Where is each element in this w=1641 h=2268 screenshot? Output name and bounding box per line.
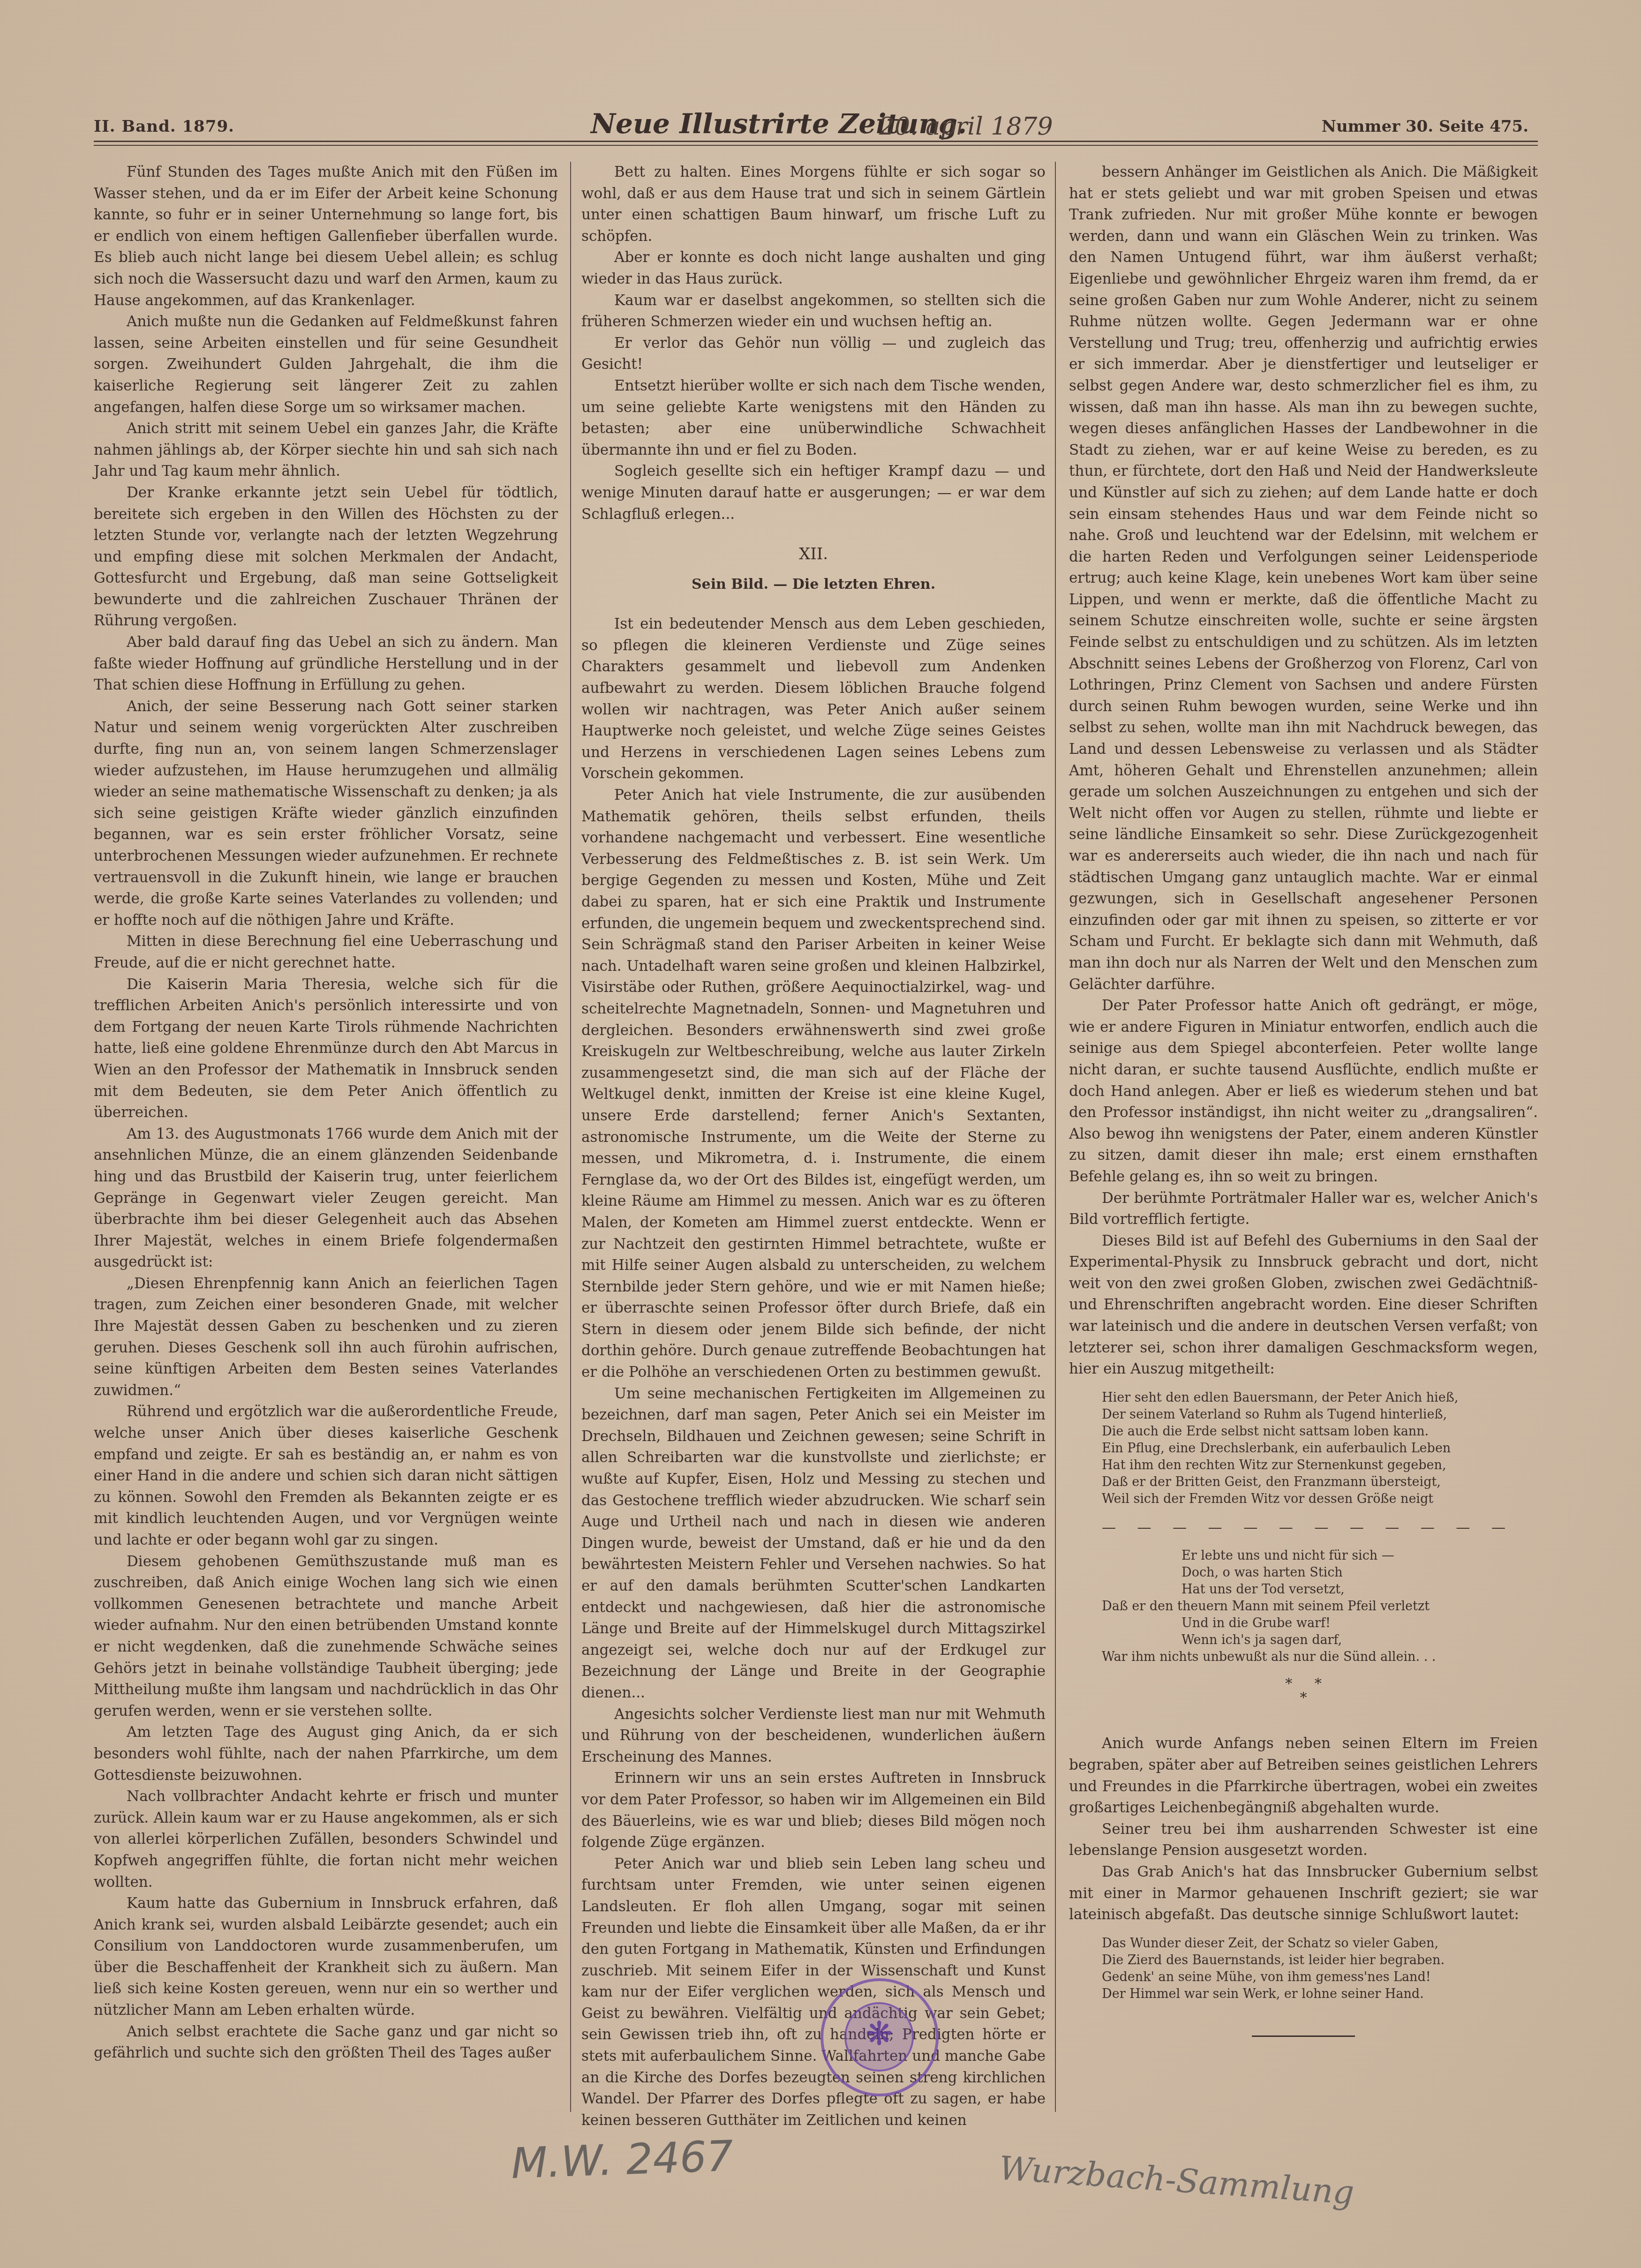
asterism: * * * [1069, 1677, 1538, 1705]
poem-inscription-1: Hier seht den edlen Bauersmann, der Pete… [1102, 1389, 1538, 1508]
paragraph: Anich stritt mit seinem Uebel ein ganzes… [94, 418, 558, 482]
paragraph: Diesem gehobenen Gemüthszustande muß man… [94, 1551, 558, 1722]
masthead-rule [94, 141, 1538, 146]
paragraph: Am 13. des Augustmonats 1766 wurde dem A… [94, 1124, 558, 1273]
poem-line: Weil sich der Fremden Witz vor dessen Gr… [1102, 1491, 1538, 1508]
poem-line: Das Wunder dieser Zeit, der Schatz so vi… [1102, 1935, 1538, 1952]
poem-line: Die auch die Erde selbst nicht sattsam l… [1102, 1423, 1538, 1440]
column-divider [570, 162, 571, 2112]
paragraph: Mitten in diese Berechnung fiel eine Ueb… [94, 931, 558, 974]
column-3: bessern Anhänger im Geistlichen als Anic… [1069, 162, 1538, 2037]
inventory-number-annotation: M.W. 2467 [510, 2132, 734, 2188]
paragraph: Anich mußte nun die Gedanken auf Feldmeß… [94, 311, 558, 418]
poem-line: Daß er den theuern Mann mit seinem Pfeil… [1102, 1598, 1538, 1615]
paragraph: Seiner treu bei ihm ausharrenden Schwest… [1069, 1819, 1538, 1862]
poem-line: Hat ihm den rechten Witz zur Sternenkuns… [1102, 1457, 1538, 1474]
chapter-title: Sein Bild. — Die letzten Ehren. [581, 574, 1046, 595]
library-stamp: ❋ [820, 1978, 939, 2096]
issue-page-label: Nummer 30. Seite 475. [1322, 117, 1528, 136]
poem-line: Doch, o was harten Stich [1102, 1564, 1538, 1581]
paragraph: Entsetzt hierüber wollte er sich nach de… [581, 375, 1046, 461]
column-divider [1055, 162, 1056, 2112]
paragraph: bessern Anhänger im Geistlichen als Anic… [1069, 162, 1538, 995]
poem-line: Ein Pflug, eine Drechslerbank, ein aufer… [1102, 1440, 1538, 1457]
poem-line: Der Himmel war sein Werk, er lohne seine… [1102, 1986, 1538, 2003]
end-rule [1252, 2035, 1355, 2037]
volume-label: II. Band. 1879. [94, 117, 234, 136]
paragraph: Das Grab Anich's hat das Innsbrucker Gub… [1069, 1862, 1538, 1926]
poem-line: Wenn ich's ja sagen darf, [1102, 1632, 1538, 1649]
paragraph: Aber bald darauf fing das Uebel an sich … [94, 632, 558, 696]
paragraph: Kaum war er daselbst angekommen, so stel… [581, 290, 1046, 333]
paragraph: Anich, der seine Besserung nach Gott sei… [94, 696, 558, 931]
column-1: Fünf Stunden des Tages mußte Anich mit d… [94, 162, 558, 2064]
paragraph: Kaum hatte das Gubernium in Innsbruck er… [94, 1893, 558, 2021]
poem-line: Der seinem Vaterland so Ruhm als Tugend … [1102, 1406, 1538, 1423]
poem-grave-inscription: Das Wunder dieser Zeit, der Schatz so vi… [1102, 1935, 1538, 2003]
paragraph: Erinnern wir uns an sein erstes Auftrete… [581, 1768, 1046, 1853]
chapter-number: XII. [581, 544, 1046, 565]
paragraph: Dieses Bild ist auf Befehl des Gubernium… [1069, 1231, 1538, 1380]
paragraph: Angesichts solcher Verdienste liest man … [581, 1704, 1046, 1768]
paragraph: Am letzten Tage des August ging Anich, d… [94, 1722, 558, 1786]
paragraph: Der Pater Professor hatte Anich oft gedr… [1069, 995, 1538, 1187]
poem-line: Hier seht den edlen Bauersmann, der Pete… [1102, 1389, 1538, 1406]
stamp-inner-circle: ❋ [844, 2002, 914, 2072]
paragraph: Rührend und ergötzlich war die außerorde… [94, 1401, 558, 1551]
asterism-bottom: * [1069, 1691, 1538, 1705]
paragraph: Fünf Stunden des Tages mußte Anich mit d… [94, 162, 558, 311]
paragraph: Die Kaiserin Maria Theresia, welche sich… [94, 974, 558, 1124]
paragraph: Aber er konnte es doch nicht lange ausha… [581, 247, 1046, 290]
poem-inscription-2: Er lebte uns und nicht für sich —Doch, o… [1102, 1547, 1538, 1666]
paragraph: Anich wurde Anfangs neben seinen Eltern … [1069, 1733, 1538, 1818]
paragraph: Der berühmte Porträtmaler Haller war es,… [1069, 1188, 1538, 1231]
poem-line: Er lebte uns und nicht für sich — [1102, 1547, 1538, 1564]
poem-line: Gedenk' an seine Mühe, von ihm gemess'ne… [1102, 1969, 1538, 1986]
poem-line: Und in die Grube warf! [1102, 1615, 1538, 1632]
handwritten-date: 20. april 1879 [879, 113, 1053, 141]
poem-separator: — — — — — — — — — — — — [1102, 1517, 1538, 1539]
poem-line: Hat uns der Tod versetzt, [1102, 1581, 1538, 1598]
paragraph: Peter Anich war und blieb sein Leben lan… [581, 1854, 1046, 2132]
paragraph: „Diesen Ehrenpfennig kann Anich an feier… [94, 1273, 558, 1402]
paragraph: Um seine mechanischen Fertigkeiten im Al… [581, 1383, 1046, 1704]
paragraph: Ist ein bedeutender Mensch aus dem Leben… [581, 614, 1046, 785]
asterism-top: * * [1069, 1677, 1538, 1691]
paragraph: Anich selbst erachtete die Sache ganz un… [94, 2021, 558, 2064]
eagle-icon: ❋ [846, 2014, 912, 2053]
paragraph: Der Kranke erkannte jetzt sein Uebel für… [94, 482, 558, 632]
paragraph: Bett zu halten. Eines Morgens fühlte er … [581, 162, 1046, 247]
paragraph: Sogleich gesellte sich ein heftiger Kram… [581, 461, 1046, 525]
poem-line: Daß er der Britten Geist, den Franzmann … [1102, 1474, 1538, 1491]
column-2: Bett zu halten. Eines Morgens fühlte er … [581, 162, 1046, 2131]
paragraph: Er verlor das Gehör nun völlig — und zug… [581, 333, 1046, 375]
poem-line: Die Zierd des Bauernstands, ist leider h… [1102, 1952, 1538, 1969]
paragraph: Nach vollbrachter Andacht kehrte er fris… [94, 1786, 558, 1893]
poem-line: War ihm nichts unbewußt als nur die Sünd… [1102, 1649, 1538, 1666]
paragraph: Peter Anich hat viele Instrumente, die z… [581, 785, 1046, 1383]
